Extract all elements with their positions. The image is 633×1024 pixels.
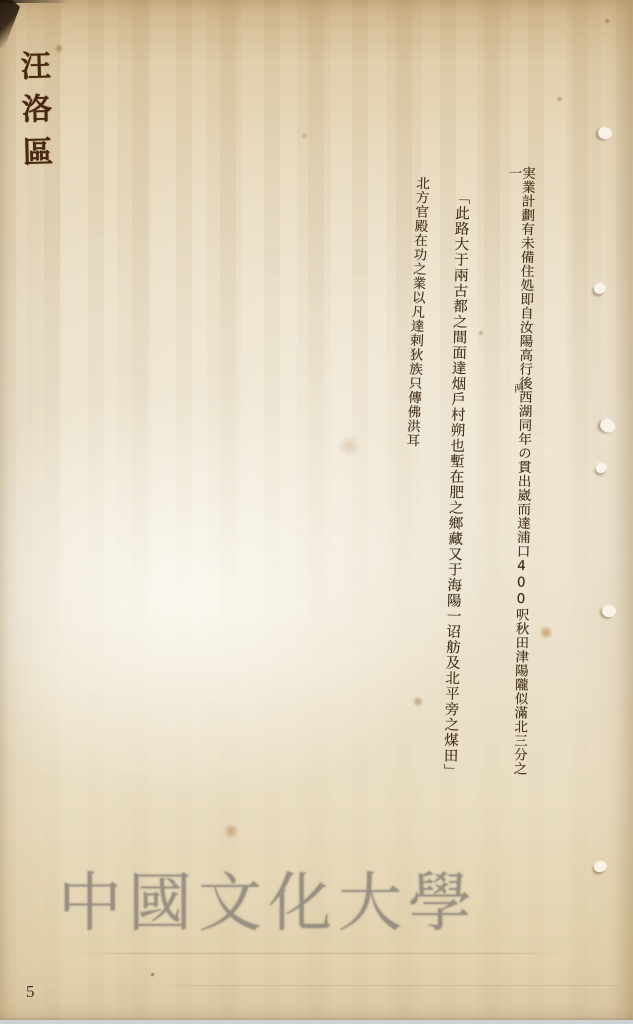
stain xyxy=(150,972,155,977)
corner-seal: 汪洛區 xyxy=(16,50,49,180)
stain xyxy=(478,330,484,336)
fold-crease-line-faint xyxy=(120,985,633,986)
binding-edge xyxy=(0,0,20,48)
stain xyxy=(412,696,424,707)
stain xyxy=(336,436,362,456)
handwriting-column-2: 「此路大于兩古都之間面達烟戶村朔也塹在肥之鄉藏又于海陽一诏舫及北平旁之煤田」 xyxy=(441,190,469,815)
paper-tear-mark xyxy=(601,605,615,618)
paper-tear-mark xyxy=(597,127,612,141)
paper-tear-mark xyxy=(598,418,616,435)
scanner-edge xyxy=(0,1020,633,1024)
fold-crease-line xyxy=(72,953,567,954)
university-watermark: 中國文化大學 xyxy=(58,852,478,944)
stain xyxy=(54,44,64,53)
interlinear-annotation: 两 xyxy=(514,380,524,395)
stain xyxy=(222,824,240,838)
paper-tear-mark xyxy=(595,463,607,475)
stain xyxy=(604,18,610,24)
paper-tear-mark xyxy=(593,283,606,295)
scan-edge-shadow xyxy=(0,0,70,3)
stain xyxy=(300,132,309,139)
handwriting-column-3: 北方官殿在功之業以凡達剌狄族只傳佛洪耳 xyxy=(402,176,427,476)
paper-tear-mark xyxy=(593,861,607,874)
stain xyxy=(556,96,563,102)
handwriting-column-1: 実業計劃有未備住処即自汝陽高行後西湖同年の貫出崴而達浦口400呎秋田津陽隴似滿北… xyxy=(497,166,533,786)
manuscript-page: 汪洛區 実業計劃有未備住処即自汝陽高行後西湖同年の貫出崴而達浦口400呎秋田津陽… xyxy=(0,0,633,1024)
stain xyxy=(538,626,554,639)
page-number: 5 xyxy=(26,982,35,1002)
